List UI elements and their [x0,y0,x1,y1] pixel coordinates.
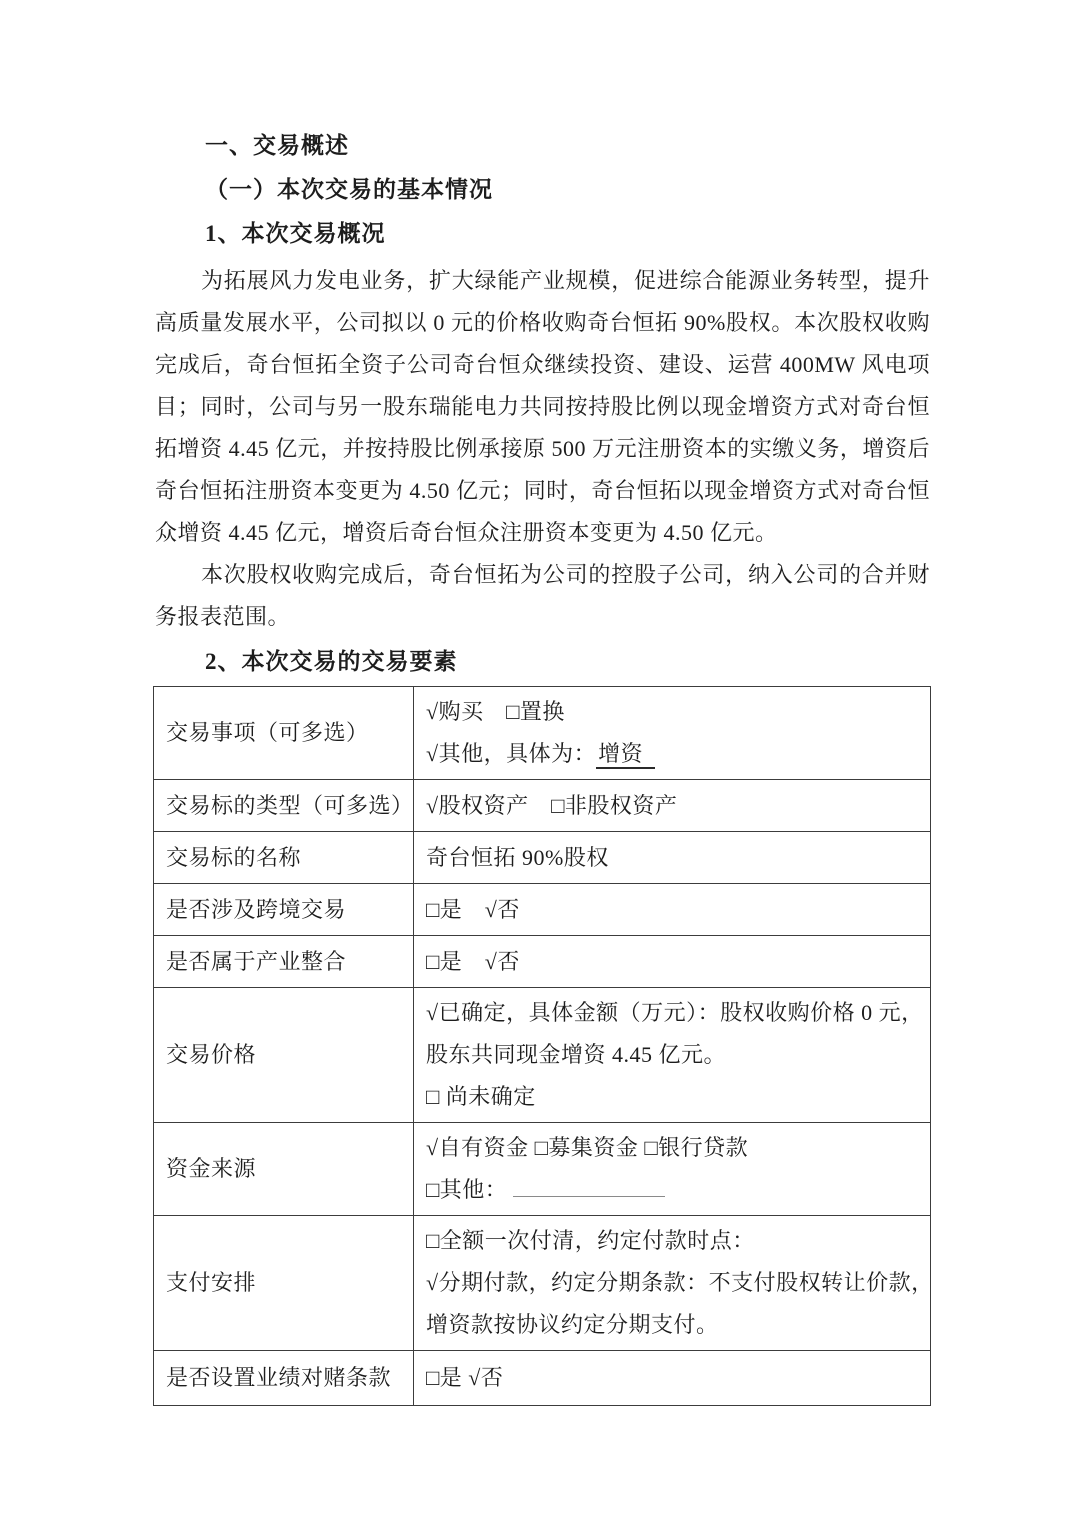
table-row: 交易标的名称 奇台恒拓 90%股权 [154,832,931,884]
table-row: 交易事项（可多选） √购买 □置换 √其他，具体为：增资 [154,687,931,780]
row-value-cell: □是 √否 [414,884,931,936]
option-text: □是 √否 [426,897,520,922]
row-value-cell: □是 √否 [414,1351,931,1406]
paragraph-transaction-overview: 为拓展风力发电业务，扩大绿能产业规模，促进综合能源业务转型，提升高质量发展水平，… [155,260,930,554]
option-text: √自有资金 □募集资金 □银行贷款 [426,1135,748,1160]
table-row: 是否设置业绩对赌条款 □是 √否 [154,1351,931,1406]
row-value-cell: □全额一次付清，约定付款时点： √分期付款，约定分期条款：不支付股权转让价款， … [414,1216,931,1351]
option-text: √已确定，具体金额（万元）：股权收购价格 0 元， [426,1000,924,1025]
option-line: √购买 □置换 [426,691,920,733]
row-value-cell: 奇台恒拓 90%股权 [414,832,931,884]
row-label-cell: 交易标的名称 [154,832,414,884]
table-row: 交易标的类型（可多选） √股权资产 □非股权资产 [154,780,931,832]
row-label-cell: 是否设置业绩对赌条款 [154,1351,414,1406]
option-text: □是 √否 [426,1365,503,1390]
row-value-cell: √自有资金 □募集资金 □银行贷款 □其他： [414,1123,931,1216]
table-row: 支付安排 □全额一次付清，约定付款时点： √分期付款，约定分期条款：不支付股权转… [154,1216,931,1351]
row-label-cell: 交易价格 [154,988,414,1123]
option-text: 增资款按协议约定分期支付。 [426,1312,719,1337]
option-line: √分期付款，约定分期条款：不支付股权转让价款， [426,1262,920,1304]
section-heading-1: 一、交易概述 [155,130,930,162]
row-label-cell: 资金来源 [154,1123,414,1216]
table-row: 资金来源 √自有资金 □募集资金 □银行贷款 □其他： [154,1123,931,1216]
table-row: 是否涉及跨境交易 □是 √否 [154,884,931,936]
option-line: 奇台恒拓 90%股权 [426,837,920,879]
option-text: √分期付款，约定分期条款：不支付股权转让价款， [426,1270,934,1295]
option-text: √其他，具体为： [426,741,596,766]
option-text: □全额一次付清，约定付款时点： [426,1228,755,1253]
option-text: 奇台恒拓 90%股权 [426,845,609,870]
row-value-cell: □是 √否 [414,936,931,988]
deal-elements-table: 交易事项（可多选） √购买 □置换 √其他，具体为：增资 交易标的类型（可多选）… [153,686,931,1406]
row-label-cell: 是否属于产业整合 [154,936,414,988]
option-text: □ 尚未确定 [426,1084,536,1109]
option-line: □其他： [426,1169,920,1211]
table-row: 交易价格 √已确定，具体金额（万元）：股权收购价格 0 元， 股东共同现金增资 … [154,988,931,1123]
row-value-cell: √股权资产 □非股权资产 [414,780,931,832]
subsection-heading-overview: 1、本次交易概况 [155,218,930,250]
option-text: √购买 □置换 [426,699,565,724]
subsection-heading-deal-elements: 2、本次交易的交易要素 [155,646,930,678]
row-label-cell: 交易标的类型（可多选） [154,780,414,832]
option-text: √股权资产 □非股权资产 [426,793,677,818]
option-line: □全额一次付清，约定付款时点： [426,1220,920,1262]
option-line: □ 尚未确定 [426,1076,920,1118]
option-text: □是 √否 [426,949,520,974]
option-line: √自有资金 □募集资金 □银行贷款 [426,1127,920,1169]
row-label-cell: 交易事项（可多选） [154,687,414,780]
option-line: □是 √否 [426,941,920,983]
row-value-cell: √购买 □置换 √其他，具体为：增资 [414,687,931,780]
option-line: □是 √否 [426,1357,920,1399]
fill-in-blank-line [513,1175,665,1197]
document-page: 一、交易概述 （一）本次交易的基本情况 1、本次交易概况 为拓展风力发电业务，扩… [0,0,1080,1527]
row-label-cell: 支付安排 [154,1216,414,1351]
option-line: 增资款按协议约定分期支付。 [426,1304,920,1346]
paragraph-consolidation-note: 本次股权收购完成后，奇台恒拓为公司的控股子公司，纳入公司的合并财务报表范围。 [155,554,930,638]
table-row: 是否属于产业整合 □是 √否 [154,936,931,988]
underlined-fill-in: 增资 [596,741,655,769]
option-text: 股东共同现金增资 4.45 亿元。 [426,1042,726,1067]
option-line: √股权资产 □非股权资产 [426,785,920,827]
section-heading-1-1: （一）本次交易的基本情况 [155,174,930,206]
row-value-cell: √已确定，具体金额（万元）：股权收购价格 0 元， 股东共同现金增资 4.45 … [414,988,931,1123]
option-text: □其他： [426,1177,507,1202]
option-line: √其他，具体为：增资 [426,733,920,775]
option-line: □是 √否 [426,889,920,931]
row-label-cell: 是否涉及跨境交易 [154,884,414,936]
option-line: √已确定，具体金额（万元）：股权收购价格 0 元， [426,992,920,1034]
option-line: 股东共同现金增资 4.45 亿元。 [426,1034,920,1076]
